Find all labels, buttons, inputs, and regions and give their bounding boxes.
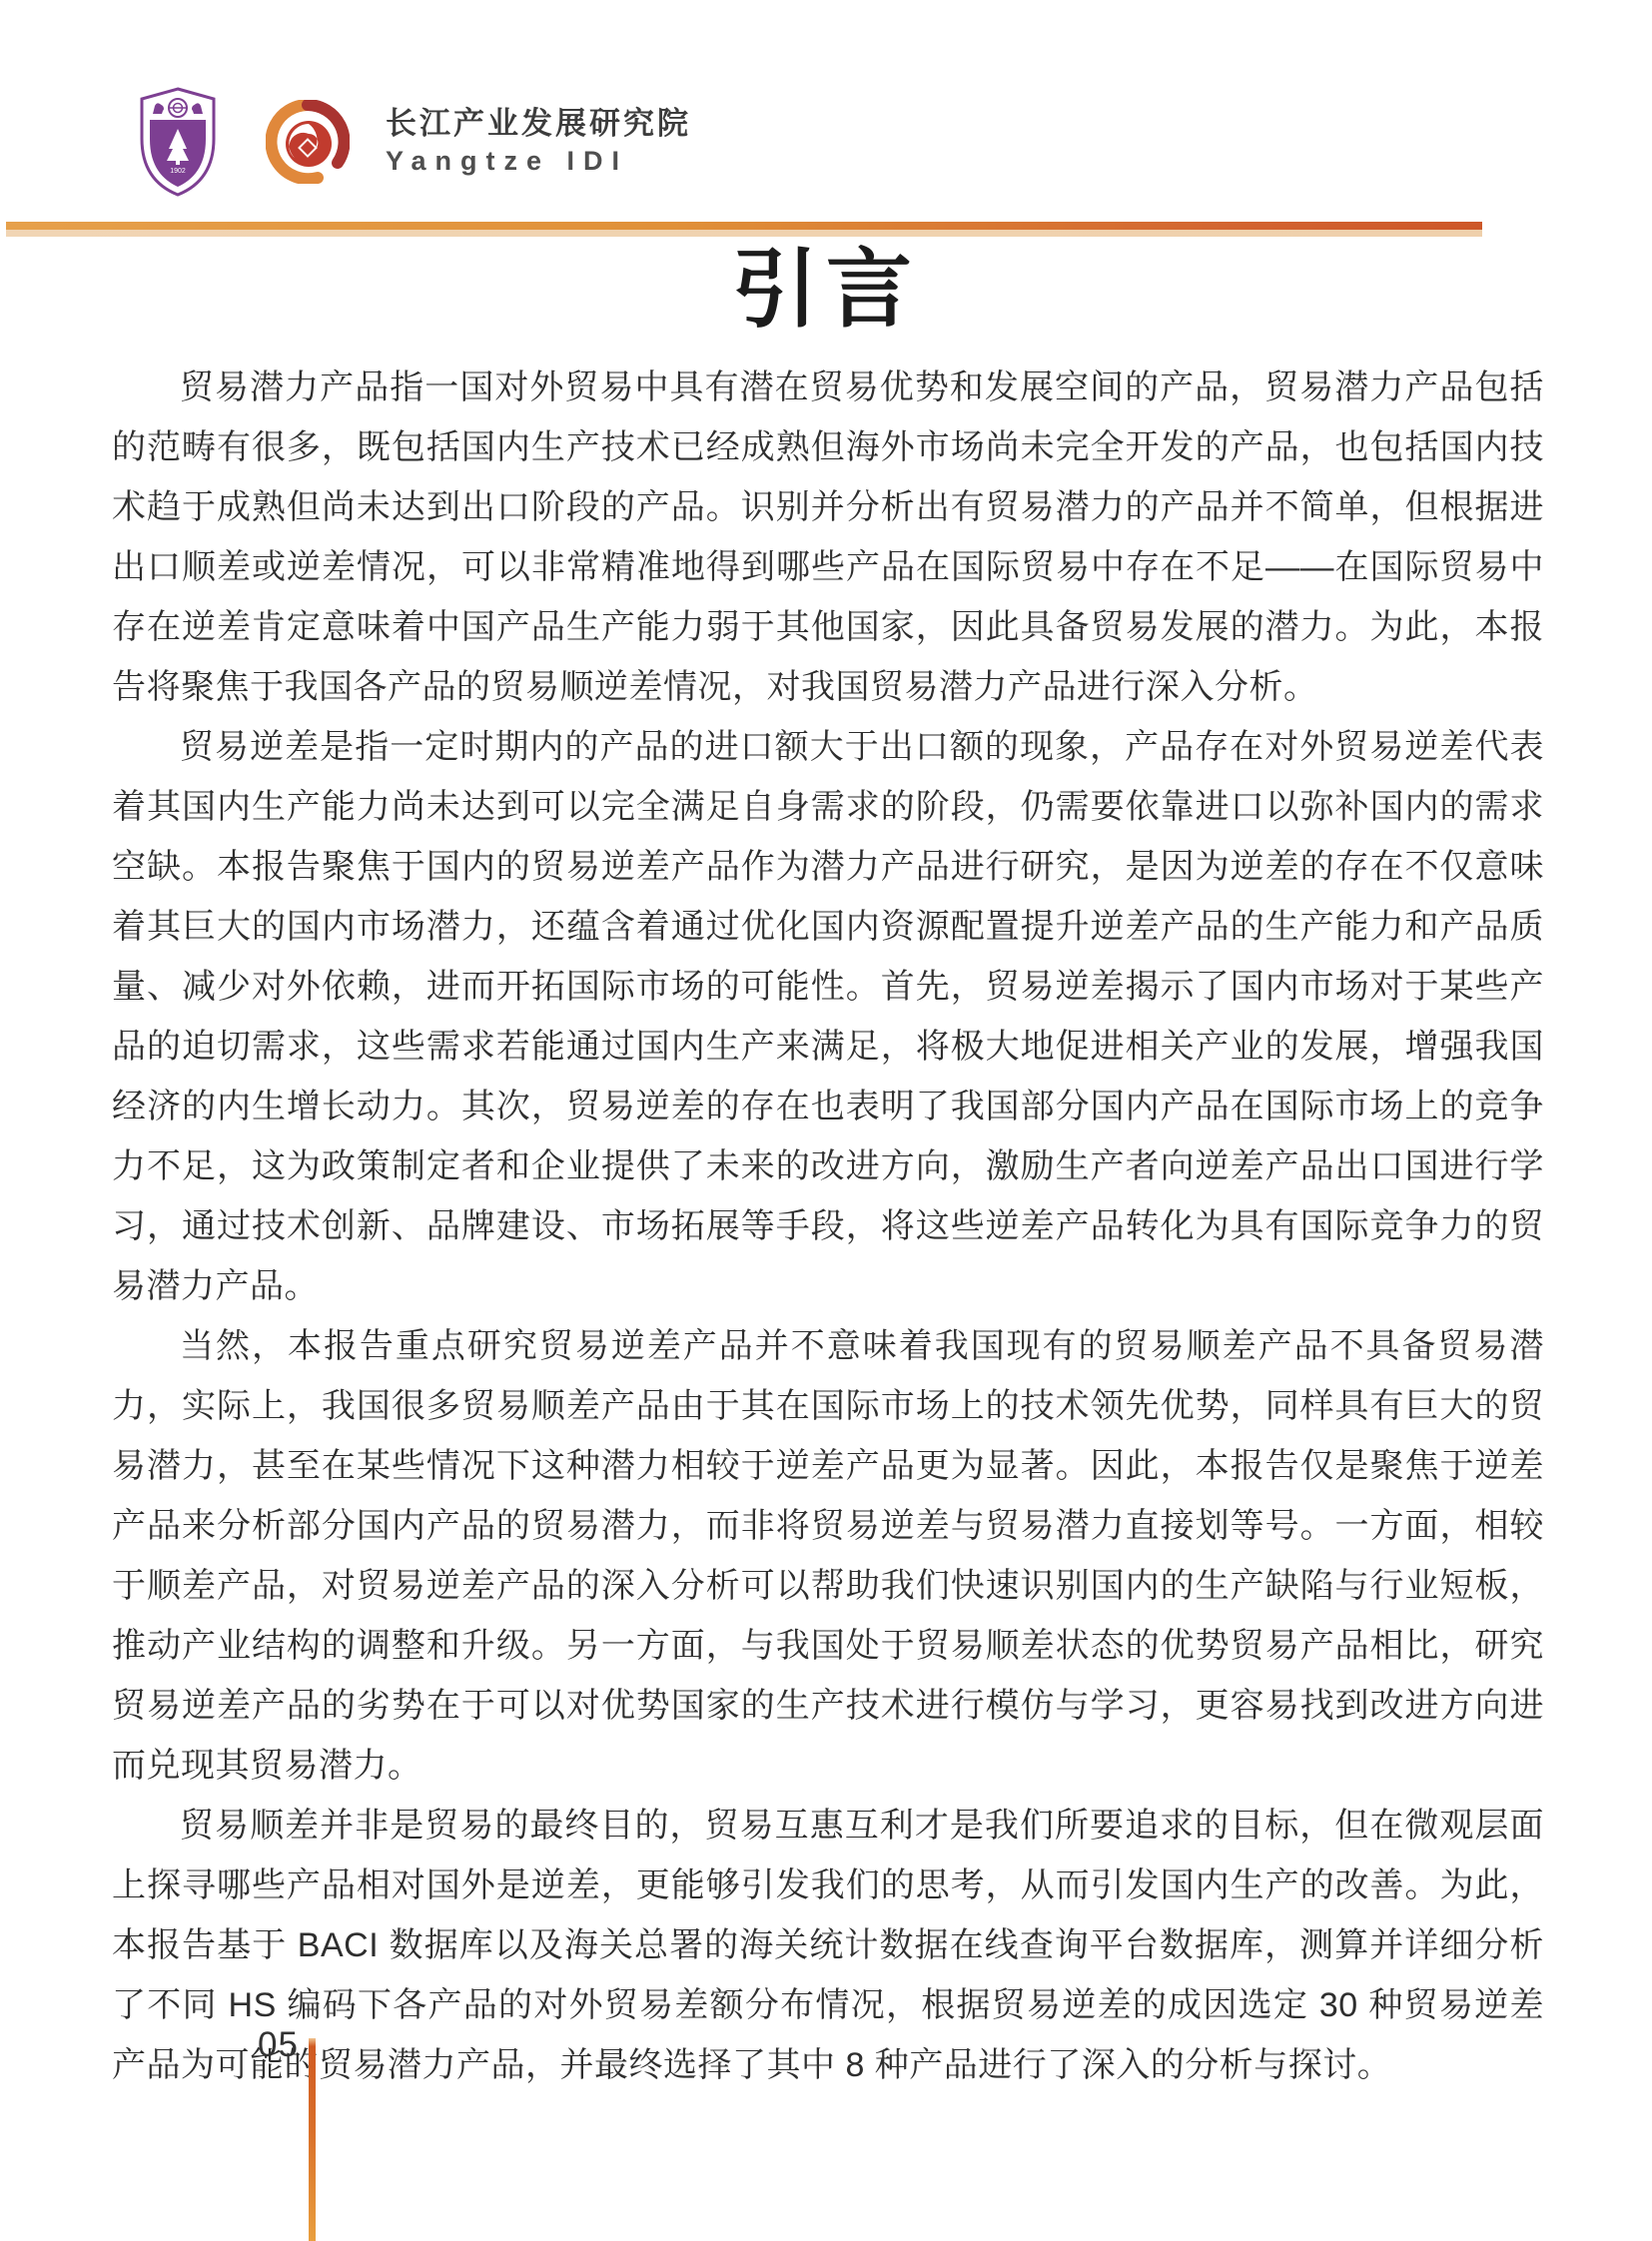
paragraph-1: 贸易潜力产品指一国对外贸易中具有潜在贸易优势和发展空间的产品，贸易潜力产品包括的…: [112, 358, 1544, 717]
header-divider: [6, 222, 1482, 237]
page-header: 1902 长江产业发展研究院 Yangtze IDI: [138, 86, 691, 198]
divider-peach-stripe: [6, 230, 1482, 237]
institute-name-en: Yangtze IDI: [386, 144, 691, 178]
page-title: 引言: [0, 240, 1652, 340]
university-emblem-icon: 1902: [138, 87, 218, 197]
body-text: 贸易潜力产品指一国对外贸易中具有潜在贸易优势和发展空间的产品，贸易潜力产品包括的…: [112, 358, 1544, 2095]
institute-name-block: 长江产业发展研究院 Yangtze IDI: [386, 106, 691, 178]
institute-logo-icon: [266, 100, 350, 184]
svg-text:1902: 1902: [170, 168, 186, 175]
divider-orange-stripe: [6, 222, 1482, 230]
paragraph-4: 贸易顺差并非是贸易的最终目的，贸易互惠互利才是我们所要追求的目标，但在微观层面上…: [112, 1796, 1544, 2095]
document-page: 1902 长江产业发展研究院 Yangtze IDI 引言 贸易潜力产品指一国对…: [0, 0, 1652, 2241]
footer-gradient-bar: [309, 2038, 316, 2241]
paragraph-2: 贸易逆差是指一定时期内的产品的进口额大于出口额的现象，产品存在对外贸易逆差代表着…: [112, 717, 1544, 1316]
page-number: 05: [258, 2025, 299, 2065]
paragraph-3: 当然，本报告重点研究贸易逆差产品并不意味着我国现有的贸易顺差产品不具备贸易潜力，…: [112, 1316, 1544, 1796]
institute-name-zh: 长江产业发展研究院: [386, 106, 691, 142]
